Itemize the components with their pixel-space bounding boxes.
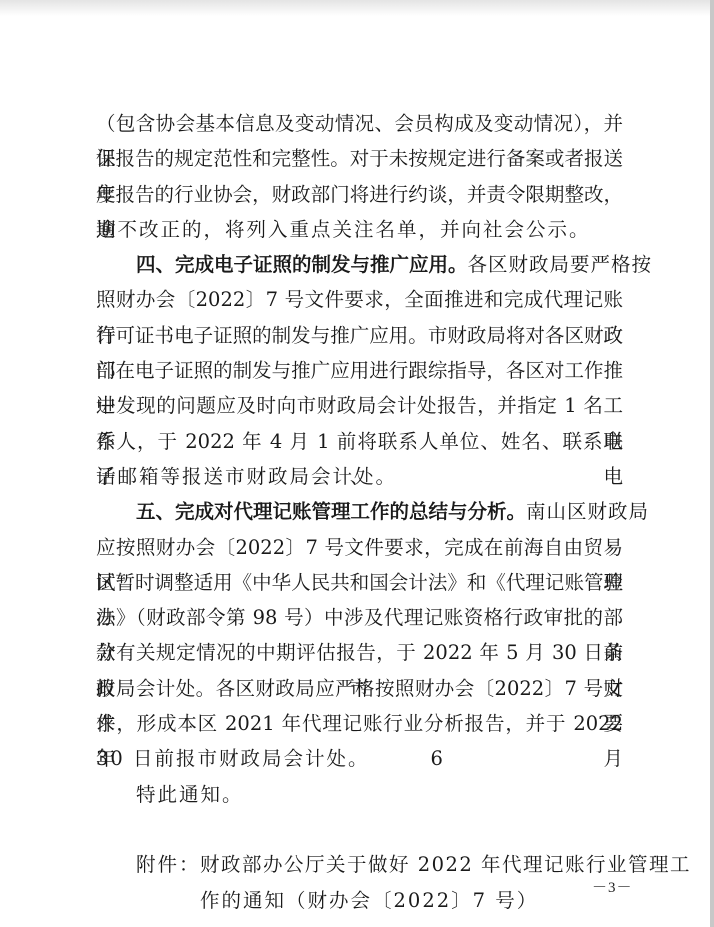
text-line: 证报告的规定范性和完整性。对于未按规定进行备案或者报送年: [96, 141, 623, 176]
closing-line: 特此通知。: [96, 777, 623, 812]
text-line: 求，形成本区 2021 年代理记账行业分析报告，并于 2022 年 6 月: [96, 706, 623, 741]
text-line: 度报告的行业协会，财政部门将进行约谈，并责令限期整改，逾: [96, 177, 623, 212]
section-5-heading: 五、完成对代理记账管理工作的总结与分析。: [136, 494, 526, 529]
text-line: 政局会计处。各区财政局应严格按照财办会〔2022〕7 号文件要: [96, 671, 623, 706]
section-4-first-line: 四、完成电子证照的制发与推广应用。各区财政局要严格按: [96, 247, 623, 282]
text-line: 许可证书电子证照的制发与推广应用。市财政局将对各区财政部: [96, 318, 623, 353]
attachment-line-1: 附件：财政部办公厅关于做好 2022 年代理记账行业管理工: [96, 847, 623, 882]
attachment-line-2: 作的通知（财办会〔2022〕7 号）: [96, 883, 623, 918]
viewer-top-shadow: [0, 0, 714, 16]
page-number: －3－: [592, 876, 633, 897]
section-4-heading: 四、完成电子证照的制发与推广应用。: [136, 247, 468, 282]
section-5-first-line: 五、完成对代理记账管理工作的总结与分析。南山区财政局: [96, 494, 623, 529]
text-line: 款有关规定情况的中期评估报告，于 2022 年 5 月 30 日前报市财: [96, 635, 623, 670]
text-line: 法》（财政部令第 98 号）中涉及代理记账资格行政审批的部分条: [96, 600, 623, 635]
document-page: （包含协会基本信息及变动情况、会员构成及变动情况），并保 证报告的规定范性和完整…: [96, 106, 623, 918]
attachment-label: 附件：: [136, 847, 200, 882]
text-line: （包含协会基本信息及变动情况、会员构成及变动情况），并保: [96, 106, 623, 141]
section-5-first-line-text: 南山区财政局: [526, 494, 649, 529]
text-line: 系人，于 2022 年 4 月 1 前将联系人单位、姓名、联系电话、电: [96, 424, 623, 459]
attachment-title-cont: 作的通知（财办会〔2022〕7 号）: [200, 883, 538, 918]
viewer-scrollbar-edge[interactable]: [710, 0, 714, 927]
text-line: 区暂时调整适用《中华人民共和国会计法》和《代理记账管理办: [96, 565, 623, 600]
blank-line: [96, 812, 623, 847]
text-line: 门在电子证照的制发与推广应用进行跟综指导，各区对工作推进: [96, 353, 623, 388]
text-line: 中发现的问题应及时向市财政局会计处报告，并指定 1 名工作联: [96, 388, 623, 423]
text-line: 应按照财办会〔2022〕7 号文件要求，完成在前海自由贸易试验: [96, 530, 623, 565]
text-line: 照财办会〔2022〕7 号文件要求，全面推进和完成代理记账行政: [96, 282, 623, 317]
section-4-first-line-text: 各区财政局要严格按: [468, 247, 653, 282]
text-line: 期不改正的，将列入重点关注名单，并向社会公示。: [96, 212, 623, 247]
